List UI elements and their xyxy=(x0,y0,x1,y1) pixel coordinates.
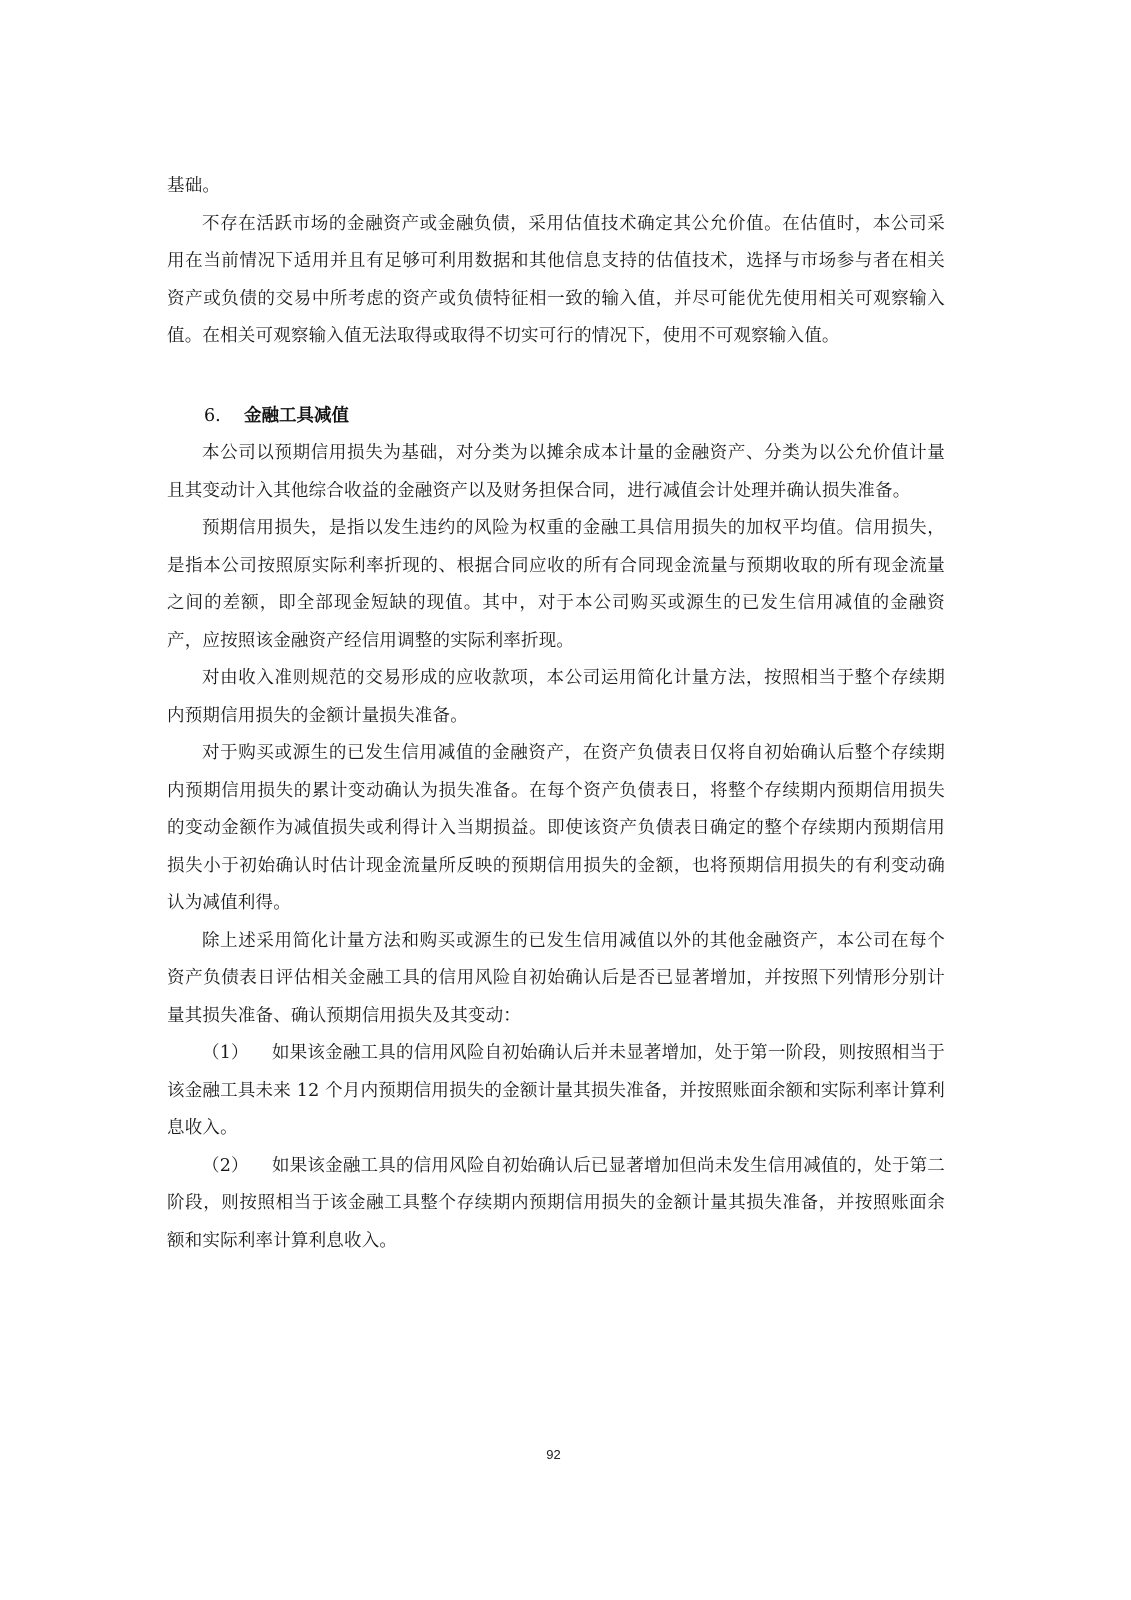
paragraph-purchased-credit-impaired: 对于购买或源生的已发生信用减值的金融资产，在资产负债表日仅将自初始确认后整个存续… xyxy=(167,735,945,923)
page-content: 基础。 不存在活跃市场的金融资产或金融负债，采用估值技术确定其公允价值。在估值时… xyxy=(167,168,945,1260)
list-item-stage-1: （1）如果该金融工具的信用风险自初始确认后并未显著增加，处于第一阶段，则按照相当… xyxy=(167,1035,945,1148)
section-number: 6. xyxy=(204,398,244,436)
paragraph-receivables-simplified: 对由收入准则规范的交易形成的应收款项，本公司运用简化计量方法，按照相当于整个存续… xyxy=(167,660,945,735)
list-item-stage-2: （2）如果该金融工具的信用风险自初始确认后已显著增加但尚未发生信用减值的，处于第… xyxy=(167,1148,945,1261)
paragraph-impairment-basis: 本公司以预期信用损失为基础，对分类为以摊余成本计量的金融资产、分类为以公允价值计… xyxy=(167,435,945,510)
list-item-label: （2） xyxy=(202,1148,272,1186)
document-page: 基础。 不存在活跃市场的金融资产或金融负债，采用估值技术确定其公允价值。在估值时… xyxy=(0,0,1131,1600)
paragraph-fair-value-valuation: 不存在活跃市场的金融资产或金融负债，采用估值技术确定其公允价值。在估值时，本公司… xyxy=(167,206,945,356)
list-item-text: 如果该金融工具的信用风险自初始确认后并未显著增加，处于第一阶段，则按照相当于该金… xyxy=(167,1043,945,1138)
paragraph-expected-credit-loss: 预期信用损失，是指以发生违约的风险为权重的金融工具信用损失的加权平均值。信用损失… xyxy=(167,510,945,660)
paragraph-continuation: 基础。 xyxy=(167,168,945,206)
section-title: 金融工具减值 xyxy=(244,406,349,426)
list-item-label: （1） xyxy=(202,1035,272,1073)
section-heading: 6.金融工具减值 xyxy=(167,398,945,436)
page-number: 92 xyxy=(0,1447,1107,1462)
list-item-text: 如果该金融工具的信用风险自初始确认后已显著增加但尚未发生信用减值的，处于第二阶段… xyxy=(167,1156,945,1251)
paragraph-other-financial-assets: 除上述采用简化计量方法和购买或源生的已发生信用减值以外的其他金融资产，本公司在每… xyxy=(167,923,945,1036)
